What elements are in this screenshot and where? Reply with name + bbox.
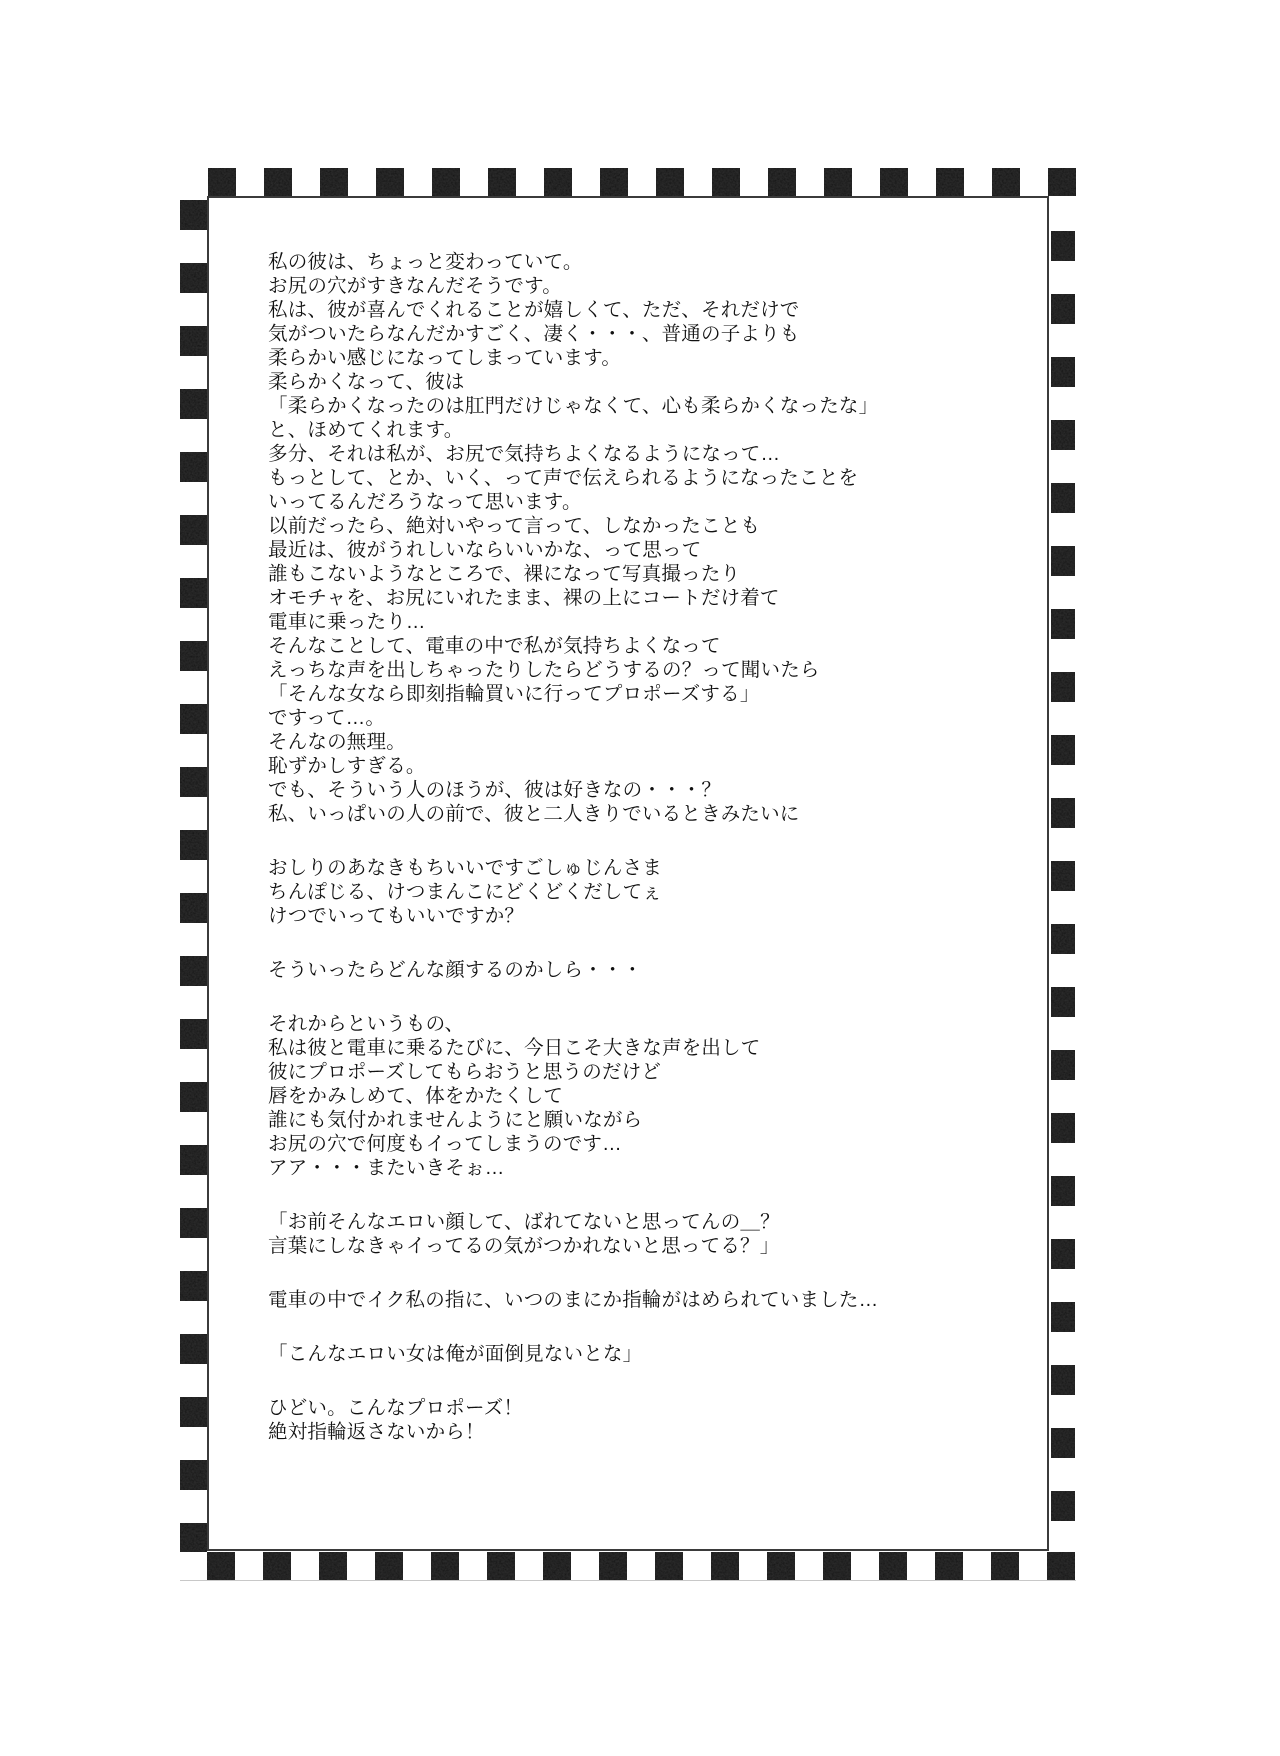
story-line: お尻の穴がすきなんだそうです。 — [268, 274, 928, 298]
story-line — [268, 1366, 928, 1396]
bottom-rule — [180, 1580, 1076, 1581]
checker-border-bottom — [207, 1552, 1076, 1580]
story-line: そんなことして、電車の中で私が気持ちよくなって — [268, 634, 928, 658]
story-line: 絶対指輪返さないから！ — [268, 1420, 928, 1444]
story-text: 私の彼は、ちょっと変わっていて。お尻の穴がすきなんだそうです。私は、彼が喜んでく… — [268, 250, 928, 1444]
story-line: 彼にプロポーズしてもらおうと思うのだけど — [268, 1060, 928, 1084]
story-line: えっちな声を出しちゃったりしたらどうするの？って聞いたら — [268, 658, 928, 682]
story-line: 「柔らかくなったのは肛門だけじゃなくて、心も柔らかくなったな」 — [268, 394, 928, 418]
story-line — [268, 928, 928, 958]
story-line — [268, 1258, 928, 1288]
story-line: と、ほめてくれます。 — [268, 418, 928, 442]
story-line — [268, 1312, 928, 1342]
page-canvas: 私の彼は、ちょっと変わっていて。お尻の穴がすきなんだそうです。私は、彼が喜んでく… — [0, 0, 1280, 1756]
story-line: 「そんな女なら即刻指輪買いに行ってプロポーズする」 — [268, 682, 928, 706]
story-line: けつでいってもいいですか？ — [268, 904, 928, 928]
story-line: 私、いっぱいの人の前で、彼と二人きりでいるときみたいに — [268, 802, 928, 826]
story-line: お尻の穴で何度もイってしまうのです… — [268, 1132, 928, 1156]
story-line — [268, 982, 928, 1012]
story-line: 私は、彼が喜んでくれることが嬉しくて、ただ、それだけで — [268, 298, 928, 322]
story-line: ちんぽじる、けつまんこにどくどくだしてぇ — [268, 880, 928, 904]
story-line: 電車の中でイク私の指に、いつのまにか指輪がはめられていました… — [268, 1288, 928, 1312]
story-line: 私は彼と電車に乗るたびに、今日こそ大きな声を出して — [268, 1036, 928, 1060]
story-line: 柔らかくなって、彼は — [268, 370, 928, 394]
story-line: でも、そういう人のほうが、彼は好きなの・・・？ — [268, 778, 928, 802]
story-line: 恥ずかしすぎる。 — [268, 754, 928, 778]
story-line: 誰もこないようなところで、裸になって写真撮ったり — [268, 562, 928, 586]
story-line: そんなの無理。 — [268, 730, 928, 754]
story-line: 気がついたらなんだかすごく、凄く・・・、普通の子よりも — [268, 322, 928, 346]
checker-border-top — [208, 168, 1076, 196]
story-line: ですって…。 — [268, 706, 928, 730]
story-line: アア・・・またいきそぉ… — [268, 1156, 928, 1180]
story-line: 最近は、彼がうれしいならいいかな、って思って — [268, 538, 928, 562]
story-line: 「お前そんなエロい顔して、ばれてないと思ってんの＿？ — [268, 1210, 928, 1234]
story-line: 誰にも気付かれませんようにと願いながら — [268, 1108, 928, 1132]
checker-border-left — [180, 200, 207, 1552]
story-line: 電車に乗ったり… — [268, 610, 928, 634]
story-line: 私の彼は、ちょっと変わっていて。 — [268, 250, 928, 274]
story-line: そういったらどんな顔するのかしら・・・ — [268, 958, 928, 982]
story-line: 唇をかみしめて、体をかたくして — [268, 1084, 928, 1108]
story-line: 多分、それは私が、お尻で気持ちよくなるようになって… — [268, 442, 928, 466]
story-line: 言葉にしなきゃイってるの気がつかれないと思ってる？」 — [268, 1234, 928, 1258]
story-line: それからというもの、 — [268, 1012, 928, 1036]
story-line: 柔らかい感じになってしまっています。 — [268, 346, 928, 370]
story-line: いってるんだろうなって思います。 — [268, 490, 928, 514]
story-line — [268, 826, 928, 856]
story-line: 「こんなエロい女は俺が面倒見ないとな」 — [268, 1342, 928, 1366]
story-line: ひどい。こんなプロポーズ！ — [268, 1396, 928, 1420]
checker-border-right — [1051, 231, 1075, 1552]
story-line: 以前だったら、絶対いやって言って、しなかったことも — [268, 514, 928, 538]
story-line: オモチャを、お尻にいれたまま、裸の上にコートだけ着て — [268, 586, 928, 610]
story-line — [268, 1180, 928, 1210]
story-line: もっとして、とか、いく、って声で伝えられるようになったことを — [268, 466, 928, 490]
story-line: おしりのあなきもちいいですごしゅじんさま — [268, 856, 928, 880]
